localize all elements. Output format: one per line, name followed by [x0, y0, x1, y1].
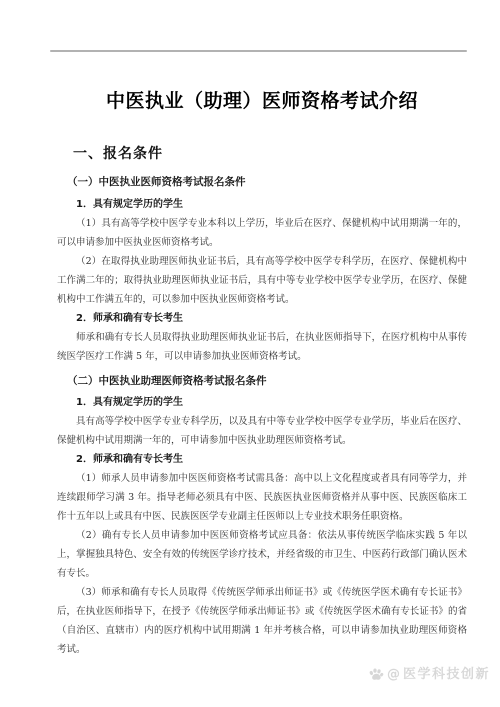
subsection-2-heading: （二）中医执业助理医师资格考试报名条件	[67, 374, 467, 388]
sub2-paragraph-4: （3）师承和确有专长人员取得《传统医学师承出师证书》或《传统医学医术确有专长证书…	[57, 583, 467, 659]
sub1-paragraph-1: （1）具有高等学校中医学专业本科以上学历，毕业后在医疗、保健机构中试用期满一年的…	[57, 214, 467, 252]
sub1-paragraph-2: （2）在取得执业助理医师执业证书后，具有高等学校中医学专科学历，在医疗、保健机构…	[57, 252, 467, 309]
watermark-text: 医学科技创新	[403, 667, 490, 683]
sub2-paragraph-3: （2）确有专长人员申请参加中医医师资格考试应具备：依法从事传统医学临床实践 5 …	[57, 526, 467, 583]
sub1-paragraph-3: 师承和确有专长人员取得执业助理医师执业证书后，在执业医师指导下，在医疗机构中从事…	[57, 328, 467, 366]
chapter-heading: 一、报名条件	[73, 146, 467, 162]
document-title: 中医执业（助理）医师资格考试介绍	[57, 88, 467, 114]
document-page: 中医执业（助理）医师资格考试介绍 一、报名条件 （一）中医执业医师资格考试报名条…	[0, 0, 500, 707]
document-body: 中医执业（助理）医师资格考试介绍 一、报名条件 （一）中医执业医师资格考试报名条…	[57, 88, 467, 659]
sub2-item-1-heading: 1．具有规定学历的学生	[57, 393, 467, 412]
page-top-divider	[50, 50, 467, 52]
sub2-paragraph-2: （1）师承人员申请参加中医医师资格考试需具备：高中以上文化程度或者具有同等学力，…	[57, 469, 467, 526]
sub1-item-1-heading: 1．具有规定学历的学生	[57, 195, 467, 214]
at-symbol: @	[387, 667, 400, 683]
subsection-1-heading: （一）中医执业医师资格考试报名条件	[67, 175, 467, 189]
sub2-item-2-heading: 2．师承和确有专长考生	[57, 450, 467, 469]
paw-icon	[368, 667, 384, 683]
sub2-paragraph-1: 具有高等学校中医学专业专科学历，以及具有中等专业学校中医学专业学历，毕业后在医疗…	[57, 412, 467, 450]
watermark: @ 医学科技创新	[368, 667, 490, 683]
sub1-item-2-heading: 2．师承和确有专长考生	[57, 309, 467, 328]
